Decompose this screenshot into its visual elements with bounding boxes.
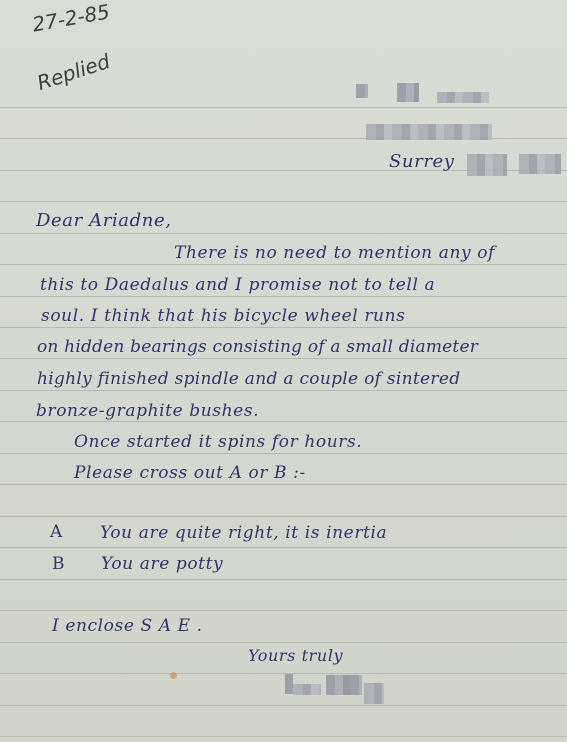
rule-line — [0, 421, 567, 422]
replied-annotation: Replied — [35, 51, 113, 93]
rule-line — [0, 201, 567, 202]
address-line-1-redacted — [397, 83, 419, 102]
rule-line — [0, 264, 567, 265]
signature-redacted — [285, 674, 293, 694]
address-county: Surrey — [389, 153, 455, 171]
closing: Yours truly — [248, 648, 343, 664]
rule-line — [0, 547, 567, 548]
rule-line — [0, 390, 567, 391]
rule-line — [0, 107, 567, 108]
signature-redacted — [293, 684, 321, 695]
address-line-1-redacted — [356, 84, 368, 98]
date-annotation: 27-2-85 — [31, 1, 111, 34]
rule-line — [0, 296, 567, 297]
body-line: this to Daedalus and I promise not to te… — [40, 277, 435, 294]
address-line-1-redacted — [437, 92, 489, 103]
rule-line — [0, 358, 567, 359]
rule-line — [0, 327, 567, 328]
option-b-text: You are potty — [101, 556, 223, 573]
body-line: highly finished spindle and a couple of … — [37, 371, 460, 388]
body-line: soul. I think that his bicycle wheel run… — [41, 308, 405, 325]
option-a-label: A — [50, 524, 63, 541]
rule-line — [0, 233, 567, 234]
rule-line — [0, 673, 567, 674]
rule-line — [0, 484, 567, 485]
salutation: Dear Ariadne, — [36, 212, 172, 230]
option-b-label: B — [52, 556, 65, 573]
rule-line — [0, 453, 567, 454]
body-line: Please cross out A or B :- — [74, 465, 306, 482]
address-postcode-redacted — [519, 154, 561, 174]
rule-line — [0, 736, 567, 737]
letter-page: 27-2-85 Replied Surrey Dear Ariadne, The… — [0, 0, 567, 742]
body-line: There is no need to mention any of — [174, 245, 495, 262]
enclosure-note: I enclose S A E . — [52, 618, 203, 635]
body-line: on hidden bearings consisting of a small… — [37, 339, 478, 356]
rule-line — [0, 516, 567, 517]
rule-line — [0, 642, 567, 643]
body-line: bronze-graphite bushes. — [36, 403, 259, 420]
rule-line — [0, 705, 567, 706]
signature-redacted — [364, 683, 384, 704]
rule-line — [0, 610, 567, 611]
rule-line — [0, 579, 567, 580]
signature-redacted — [326, 675, 362, 695]
address-postcode-redacted — [467, 154, 507, 176]
option-a-text: You are quite right, it is inertia — [100, 525, 387, 542]
body-line: Once started it spins for hours. — [74, 434, 362, 451]
ink-stain — [170, 672, 177, 679]
address-line-2-redacted — [366, 124, 492, 140]
